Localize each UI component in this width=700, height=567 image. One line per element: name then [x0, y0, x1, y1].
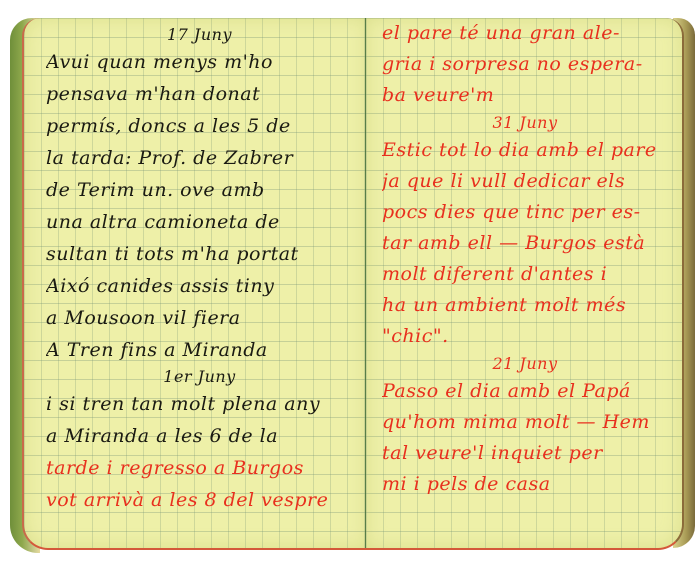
text-line-red: qu'hom mima molt — Hem — [382, 407, 668, 438]
right-page: el pare té una gran ale- gria i sorpresa… — [366, 18, 684, 550]
text-line: Avui quan menys m'ho — [46, 46, 353, 78]
text-line-red: Passo el dia amb el Papá — [382, 376, 668, 407]
entry-date: 17 Juny — [46, 24, 353, 46]
text-line-red: pocs dies que tinc per es- — [382, 197, 668, 228]
text-line: permís, doncs a les 5 de — [46, 110, 353, 142]
text-line-red: molt diferent d'antes i — [382, 259, 668, 290]
left-page-text: 17 Juny Avui quan menys m'ho pensava m'h… — [24, 18, 367, 548]
text-line-red: ba veure'm — [382, 80, 668, 111]
notebook-spread: 17 Juny Avui quan menys m'ho pensava m'h… — [10, 8, 695, 558]
text-line-red: vot arrivà a les 8 del vespre — [46, 484, 353, 516]
entry-date: 21 Juny — [382, 352, 668, 376]
text-line: a Miranda a les 6 de la — [46, 420, 353, 452]
text-line-red: ja que li vull dedicar els — [382, 166, 668, 197]
text-line-red: gria i sorpresa no espera- — [382, 49, 668, 80]
text-line-red: tal veure'l inquiet per — [382, 438, 668, 469]
text-line: pensava m'han donat — [46, 78, 353, 110]
text-line-red: el pare té una gran ale- — [382, 18, 668, 49]
text-line: a Mousoon vil fiera — [46, 302, 353, 334]
text-line: sultan ti tots m'ha portat — [46, 238, 353, 270]
text-line: Aixó canides assis tiny — [46, 270, 353, 302]
text-line: la tarda: Prof. de Zabrer — [46, 142, 353, 174]
text-line-red: "chic". — [382, 321, 668, 352]
text-line-red: tar amb ell — Burgos està — [382, 228, 668, 259]
right-page-text: el pare té una gran ale- gria i sorpresa… — [366, 18, 682, 548]
text-line-red: ha un ambient molt més — [382, 290, 668, 321]
text-line: de Terim un. ove amb — [46, 174, 353, 206]
text-line: una altra camioneta de — [46, 206, 353, 238]
text-line-red: Estic tot lo dia amb el pare — [382, 135, 668, 166]
left-page: 17 Juny Avui quan menys m'ho pensava m'h… — [22, 18, 367, 550]
text-line-red: tarde i regresso a Burgos — [46, 452, 353, 484]
entry-date: 31 Juny — [382, 111, 668, 135]
text-line-red: mi i pels de casa — [382, 469, 668, 500]
text-line: A Tren fins a Miranda — [46, 334, 353, 366]
text-line: i si tren tan molt plena any — [46, 388, 353, 420]
entry-date: 1er Juny — [46, 366, 353, 388]
